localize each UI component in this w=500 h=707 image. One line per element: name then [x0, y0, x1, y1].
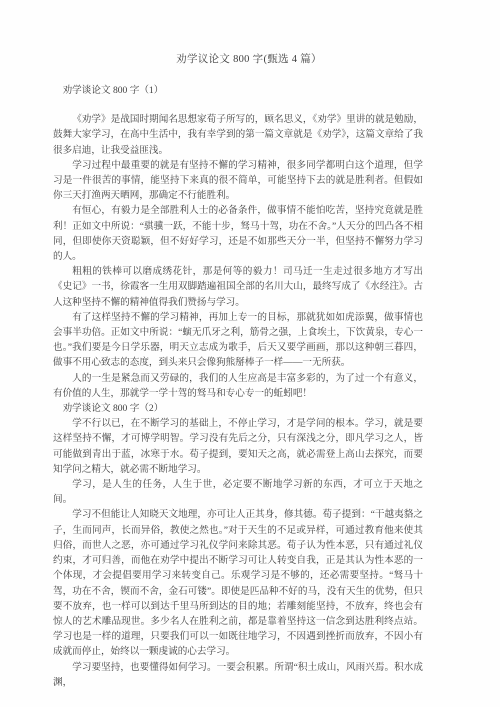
- essay-heading: 劝学谈论文 800 字（2）: [53, 401, 423, 416]
- body-paragraph: 有了这样坚持不懈的学习精神，再加上专一的目标，那就犹如如虎添翼，做事情也会事半功…: [53, 310, 423, 371]
- body-paragraph: 学不行以已，在不断学习的基础上，不停止学习，才是学问的根本。学习，就是要这样坚持…: [53, 416, 423, 477]
- body-paragraph: 学习要坚持，也要懂得如何学习。一要会积累。所谓“积土成山，风雨兴焉。积水成渊，: [53, 660, 423, 690]
- body-paragraph: 粗粗的铁棒可以磨成绣花针，那是何等的毅力！司马迁一生走过很多地方才写出《史记》一…: [53, 264, 423, 310]
- body-paragraph: 《劝学》是战国时期闻名思想家荀子所写的，顾名思义，《劝学》里讲的就是勉励，鼓舞大…: [53, 112, 423, 158]
- body-paragraph: 学习过程中最重要的就是有坚持不懈的学习精神，很多同学都明白这个道理，但学习是一件…: [53, 158, 423, 204]
- body-paragraph: 学习，是人生的任务，人生于世，必定要不断地学习新的东西，才可立于天地之间。: [53, 477, 423, 507]
- body-paragraph: 人的一生是紧急而又劳碌的，我们的人生应高是丰富多彩的，为了过一个有意义，有价值的…: [53, 371, 423, 401]
- essay-heading: 劝学谈论文 800 字（1）: [53, 83, 423, 98]
- document-body: 劝学谈论文 800 字（1）《劝学》是战国时期闻名思想家荀子所写的，顾名思义，《…: [53, 83, 423, 690]
- body-paragraph: 有恒心，有毅力是全部胜利人士的必备条件，做事情不能怕吃苦，坚持究竟就是胜利！正如…: [53, 203, 423, 264]
- body-paragraph: 学习不但能让人知晓天文地理，亦可让人正其身，修其德。荀子提到：“干越夷貉之子，生…: [53, 507, 423, 659]
- document-title: 劝学议论文 800 字(甄选 4 篇）: [64, 53, 434, 66]
- document-page: 劝学议论文 800 字(甄选 4 篇） 劝学谈论文 800 字（1）《劝学》是战…: [0, 0, 500, 707]
